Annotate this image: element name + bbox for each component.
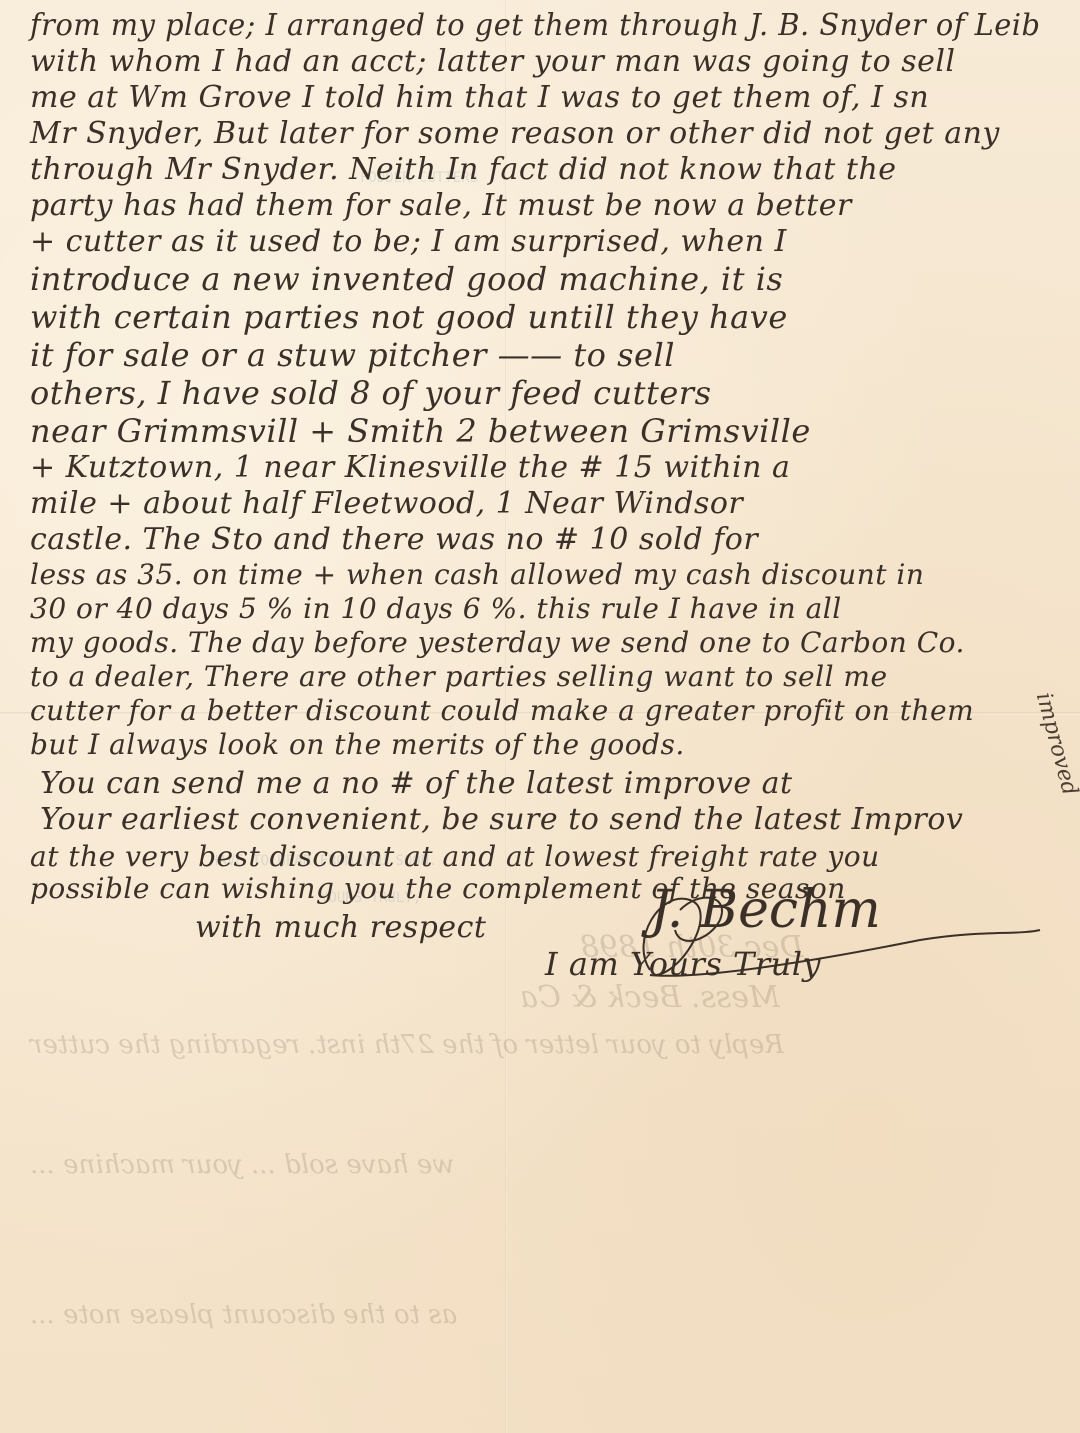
letter-line: party has had them for sale, It must be … <box>30 188 852 223</box>
letter-line: You can send me a no # of the latest imp… <box>40 766 793 801</box>
letter-line: at the very best discount at and at lowe… <box>30 840 880 873</box>
letter-line: cutter for a better discount could make … <box>30 694 974 727</box>
letter-line: but I always look on the merits of the g… <box>30 728 685 761</box>
letter-line: with certain parties not good untill the… <box>30 298 788 336</box>
signature: J. Bechm <box>650 880 881 940</box>
letter-line: my goods. The day before yesterday we se… <box>30 626 965 659</box>
letter-line: 30 or 40 days 5 % in 10 days 6 %. this r… <box>30 592 842 625</box>
letter-line: Mr Snyder, But later for some reason or … <box>30 116 1000 151</box>
letter-line: with whom I had an acct; latter your man… <box>30 44 956 79</box>
bleed-line-1: Reply to your letter of the 27th inst. r… <box>30 1030 784 1060</box>
bleed-line-3: as to the discount please note ... <box>30 1300 457 1330</box>
closing-line: with much respect <box>195 910 486 945</box>
letter-line: less as 35. on time + when cash allowed … <box>30 558 924 591</box>
letter-line: Your earliest convenient, be sure to sen… <box>40 802 963 837</box>
letter-line: + cutter as it used to be; I am surprise… <box>30 224 787 259</box>
letter-page: FODDER CUTTERS HAVE TO HEAR FROM YOU SOO… <box>0 0 1080 1433</box>
letter-line: to a dealer, There are other parties sel… <box>30 660 888 693</box>
letter-line: it for sale or a stuw pitcher —— to sell <box>30 336 675 374</box>
letter-line: castle. The Sto and there was no # 10 so… <box>30 522 758 557</box>
letter-line: others, I have sold 8 of your feed cutte… <box>30 374 712 412</box>
margin-note: improved <box>1031 690 1080 798</box>
letter-line: through Mr Snyder. Neith In fact did not… <box>30 152 897 187</box>
letter-line: + Kutztown, 1 near Klinesville the # 15 … <box>30 450 790 485</box>
bleed-line-2: we have sold ... your machine ... <box>30 1150 455 1180</box>
letter-line: from my place; I arranged to get them th… <box>30 8 1040 43</box>
letter-line: mile + about half Fleetwood, 1 Near Wind… <box>30 486 743 521</box>
letter-line: near Grimmsvill + Smith 2 between Grimsv… <box>30 412 811 450</box>
letter-line: introduce a new invented good machine, i… <box>30 260 783 298</box>
letter-line: me at Wm Grove I told him that I was to … <box>30 80 929 115</box>
